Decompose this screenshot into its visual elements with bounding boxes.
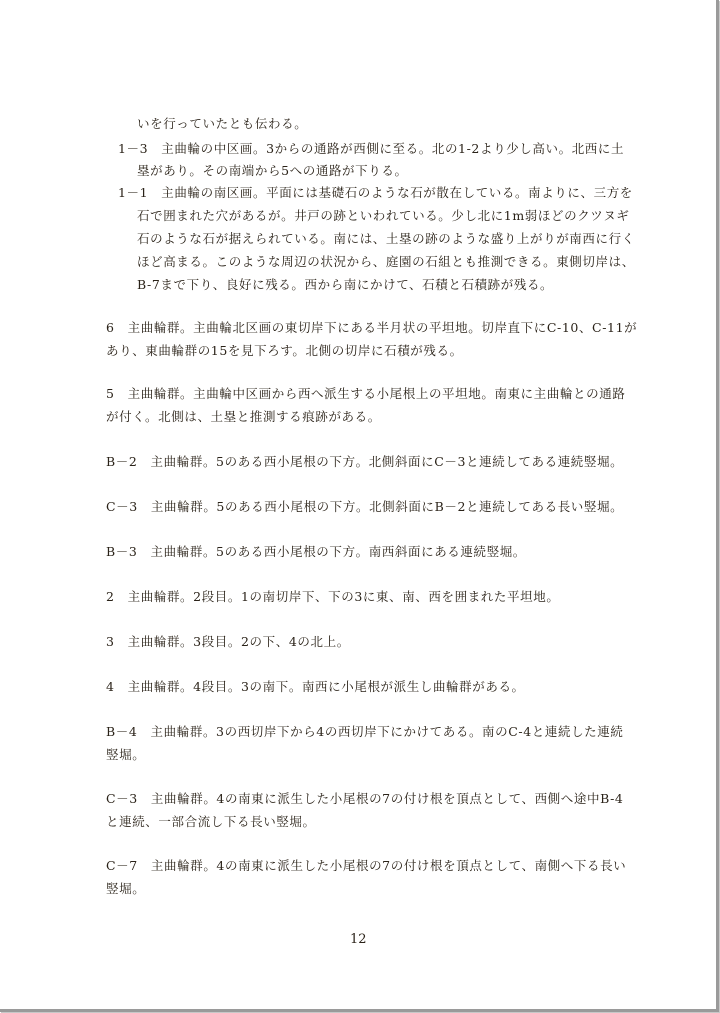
- text-line: 竪堀。: [106, 881, 145, 897]
- text-line: B－2 主曲輪群。5のある西小尾根の下方。北側斜面にC－3と連続してある連続竪堀…: [106, 454, 623, 470]
- text-line: 石で囲まれた穴があるが。井戸の跡といわれている。少し北に1m弱ほどのクツヌギ: [137, 208, 629, 224]
- text-line: 竪堀。: [106, 747, 145, 763]
- text-line: 1－3 主曲輪の中区画。3からの通路が西側に至る。北の1-2より少し高い。北西に…: [118, 141, 624, 157]
- text-line: と連続、一部合流し下る長い竪堀。: [106, 814, 316, 830]
- text-line: 6 主曲輪群。主曲輪北区画の東切岸下にある半月状の平坦地。切岸直下にC-10、C…: [106, 320, 637, 336]
- text-line: B－4 主曲輪群。3の西切岸下から4の西切岸下にかけてある。南のC-4と連続した…: [106, 724, 624, 740]
- text-line: 石のような石が据えられている。南には、土塁の跡のような盛り上がりが南西に行く: [137, 231, 635, 247]
- text-line: いを行っていたとも伝わる。: [137, 116, 307, 132]
- text-line: B-7まで下り、良好に残る。西から南にかけて、石積と石積跡が残る。: [137, 277, 553, 293]
- text-line: C－3 主曲輪群。5のある西小尾根の下方。北側斜面にB－2と連続してある長い竪堀…: [106, 499, 623, 515]
- text-line: が付く。北側は、土塁と推測する痕跡がある。: [106, 409, 381, 425]
- text-line: 4 主曲輪群。4段目。3の南下。南西に小尾根が派生し曲輪群がある。: [106, 679, 525, 695]
- text-line: 1－1 主曲輪の南区画。平面には基礎石のような石が散在している。南よりに、三方を: [118, 185, 633, 201]
- text-line: B－3 主曲輪群。5のある西小尾根の下方。南西斜面にある連続竪堀。: [106, 544, 526, 560]
- text-line: ほど高まる。このような周辺の状況から、庭園の石組とも推測できる。東側切岸は、: [137, 254, 635, 270]
- text-line: 塁があり。その南端から5への通路が下りる。: [137, 163, 408, 179]
- text-line: 3 主曲輪群。3段目。2の下、4の北上。: [106, 634, 350, 650]
- text-line: あり、東曲輪群の15を見下ろす。北側の切岸に石積が残る。: [106, 343, 463, 359]
- text-line: 2 主曲輪群。2段目。1の南切岸下、下の3に東、南、西を囲まれた平坦地。: [106, 589, 559, 605]
- text-line: C－7 主曲輪群。4の南東に派生した小尾根の7の付け根を頂点として、南側へ下る長…: [106, 858, 626, 874]
- page-number: 12: [350, 932, 367, 947]
- document-page: いを行っていたとも伝わる。1－3 主曲輪の中区画。3からの通路が西側に至る。北の…: [0, 0, 719, 1012]
- text-line: C－3 主曲輪群。4の南東に派生した小尾根の7の付け根を頂点として、西側へ途中B…: [106, 791, 623, 807]
- text-line: 5 主曲輪群。主曲輪中区画から西へ派生する小尾根上の平坦地。南東に主曲輪との通路: [106, 386, 625, 402]
